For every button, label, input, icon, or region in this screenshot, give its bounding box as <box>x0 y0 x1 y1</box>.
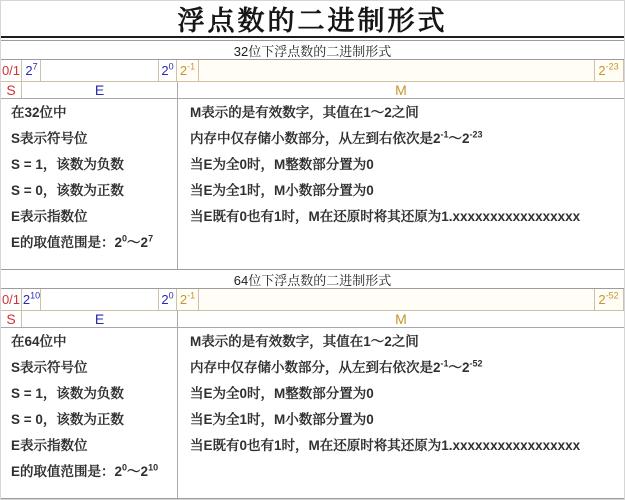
fp64-explanation-area: 在64位中 S表示符号位 S = 1，该数为负数 S = 0，该数为正数 E表示… <box>1 328 624 498</box>
note-line: E表示指数位 <box>11 204 177 230</box>
note-line: 当E为全0时，M整数部分置为0 <box>190 381 624 407</box>
fp64-sign-exponent-notes: 在64位中 S表示符号位 S = 1，该数为负数 S = 0，该数为正数 E表示… <box>1 328 178 498</box>
fp64-field-label-row: S E M <box>1 311 624 328</box>
fp64-mantissa-notes: M表示的是有效数字，其值在1～2之间 内存中仅存储小数部分，从左到右依次是2-1… <box>178 328 624 498</box>
fp32-explanation-area: 在32位中 S表示符号位 S = 1，该数为负数 S = 0，该数为正数 E表示… <box>1 99 624 269</box>
section-fp64: 64位下浮点数的二进制形式 0/1 210 20 2-1 2-52 S E <box>1 269 624 499</box>
fp32-bit-position-row: 0/1 27 20 2-1 2-23 <box>1 60 624 82</box>
fp32-mantissa-notes: M表示的是有效数字，其值在1～2之间 内存中仅存储小数部分，从左到右依次是2-1… <box>178 99 624 269</box>
fp64-mantissa-high-bit-cell: 2-1 <box>177 289 199 310</box>
fp32-exponent-high-bit-cell: 27 <box>22 60 41 81</box>
fp32-field-label-row: S E M <box>1 82 624 99</box>
note-line: 内存中仅存储小数部分，从左到右依次是2-1～2-23 <box>190 126 624 152</box>
section-fp32: 32位下浮点数的二进制形式 0/1 27 20 2-1 2-23 S E M <box>1 40 624 269</box>
fp64-mantissa-high-bit-label: 2-1 <box>180 293 195 306</box>
fp64-exponent-field-label: E <box>22 311 178 327</box>
note-line: 在32位中 <box>11 100 177 126</box>
fp32-sign-bit-label: 0/1 <box>2 64 20 77</box>
fp64-exponent-high-bit-label: 210 <box>23 293 40 306</box>
fp32-exponent-low-bit-cell: 20 <box>159 60 177 81</box>
fp32-sign-exponent-notes: 在32位中 S表示符号位 S = 1，该数为负数 S = 0，该数为正数 E表示… <box>1 99 178 269</box>
note-line: 当E为全1时，M小数部分置为0 <box>190 407 624 433</box>
fp64-section-header: 64位下浮点数的二进制形式 <box>1 269 624 289</box>
note-line: S = 1，该数为负数 <box>11 381 177 407</box>
page-title: 浮点数的二进制形式 <box>178 0 448 38</box>
fp64-exponent-low-bit-cell: 20 <box>159 289 177 310</box>
note-line: S表示符号位 <box>11 355 177 381</box>
fp32-section-header-label: 32位下浮点数的二进制形式 <box>234 41 391 60</box>
fp32-sign-bit-cell: 0/1 <box>1 60 22 81</box>
fp64-exponent-high-bit-cell: 210 <box>22 289 41 310</box>
fp32-mantissa-low-bit-cell: 2-23 <box>595 60 624 81</box>
fp64-mantissa-bits-gap-cell <box>199 289 595 310</box>
fp64-sign-bit-label: 0/1 <box>2 293 20 306</box>
note-line: E的取值范围是：20～210 <box>11 459 177 485</box>
fp64-mantissa-field-label: M <box>178 311 624 327</box>
note-line: M表示的是有效数字，其值在1～2之间 <box>190 329 624 355</box>
fp64-exponent-bits-gap-cell <box>41 289 159 310</box>
fp32-sign-field-label: S <box>1 82 22 98</box>
note-line: 当E既有0也有1时，M在还原时将其还原为1.xxxxxxxxxxxxxxxxx <box>190 204 624 230</box>
note-line: 在64位中 <box>11 329 177 355</box>
fp32-exponent-field-label: E <box>22 82 178 98</box>
fp64-bit-position-row: 0/1 210 20 2-1 2-52 <box>1 289 624 311</box>
fp32-exponent-low-bit-label: 20 <box>161 64 173 77</box>
note-line: 当E为全0时，M整数部分置为0 <box>190 152 624 178</box>
page-title-bar: 浮点数的二进制形式 <box>1 1 624 38</box>
fp32-exponent-bits-gap-cell <box>41 60 159 81</box>
note-line: E表示指数位 <box>11 433 177 459</box>
note-line: E的取值范围是：20～27 <box>11 230 177 256</box>
fp64-mantissa-low-bit-cell: 2-52 <box>595 289 624 310</box>
fp64-exponent-low-bit-label: 20 <box>161 293 173 306</box>
floating-point-diagram-page: 浮点数的二进制形式 32位下浮点数的二进制形式 0/1 27 20 2-1 2-… <box>0 0 625 500</box>
note-line: S = 1，该数为负数 <box>11 152 177 178</box>
fp32-mantissa-field-label: M <box>178 82 624 98</box>
fp32-mantissa-high-bit-cell: 2-1 <box>177 60 199 81</box>
note-line: S = 0，该数为正数 <box>11 178 177 204</box>
note-line: 当E既有0也有1时，M在还原时将其还原为1.xxxxxxxxxxxxxxxxx <box>190 433 624 459</box>
note-line: M表示的是有效数字，其值在1～2之间 <box>190 100 624 126</box>
fp64-sign-field-label: S <box>1 311 22 327</box>
fp32-mantissa-bits-gap-cell <box>199 60 595 81</box>
fp32-mantissa-low-bit-label: 2-23 <box>598 64 618 77</box>
fp64-sign-bit-cell: 0/1 <box>1 289 22 310</box>
fp32-section-header: 32位下浮点数的二进制形式 <box>1 40 624 60</box>
fp32-exponent-high-bit-label: 27 <box>25 64 37 77</box>
fp64-mantissa-low-bit-label: 2-52 <box>598 293 618 306</box>
note-line: S = 0，该数为正数 <box>11 407 177 433</box>
fp32-mantissa-high-bit-label: 2-1 <box>180 64 195 77</box>
note-line: 内存中仅存储小数部分，从左到右依次是2-1～2-52 <box>190 355 624 381</box>
fp64-section-header-label: 64位下浮点数的二进制形式 <box>234 270 391 289</box>
note-line: 当E为全1时，M小数部分置为0 <box>190 178 624 204</box>
note-line: S表示符号位 <box>11 126 177 152</box>
